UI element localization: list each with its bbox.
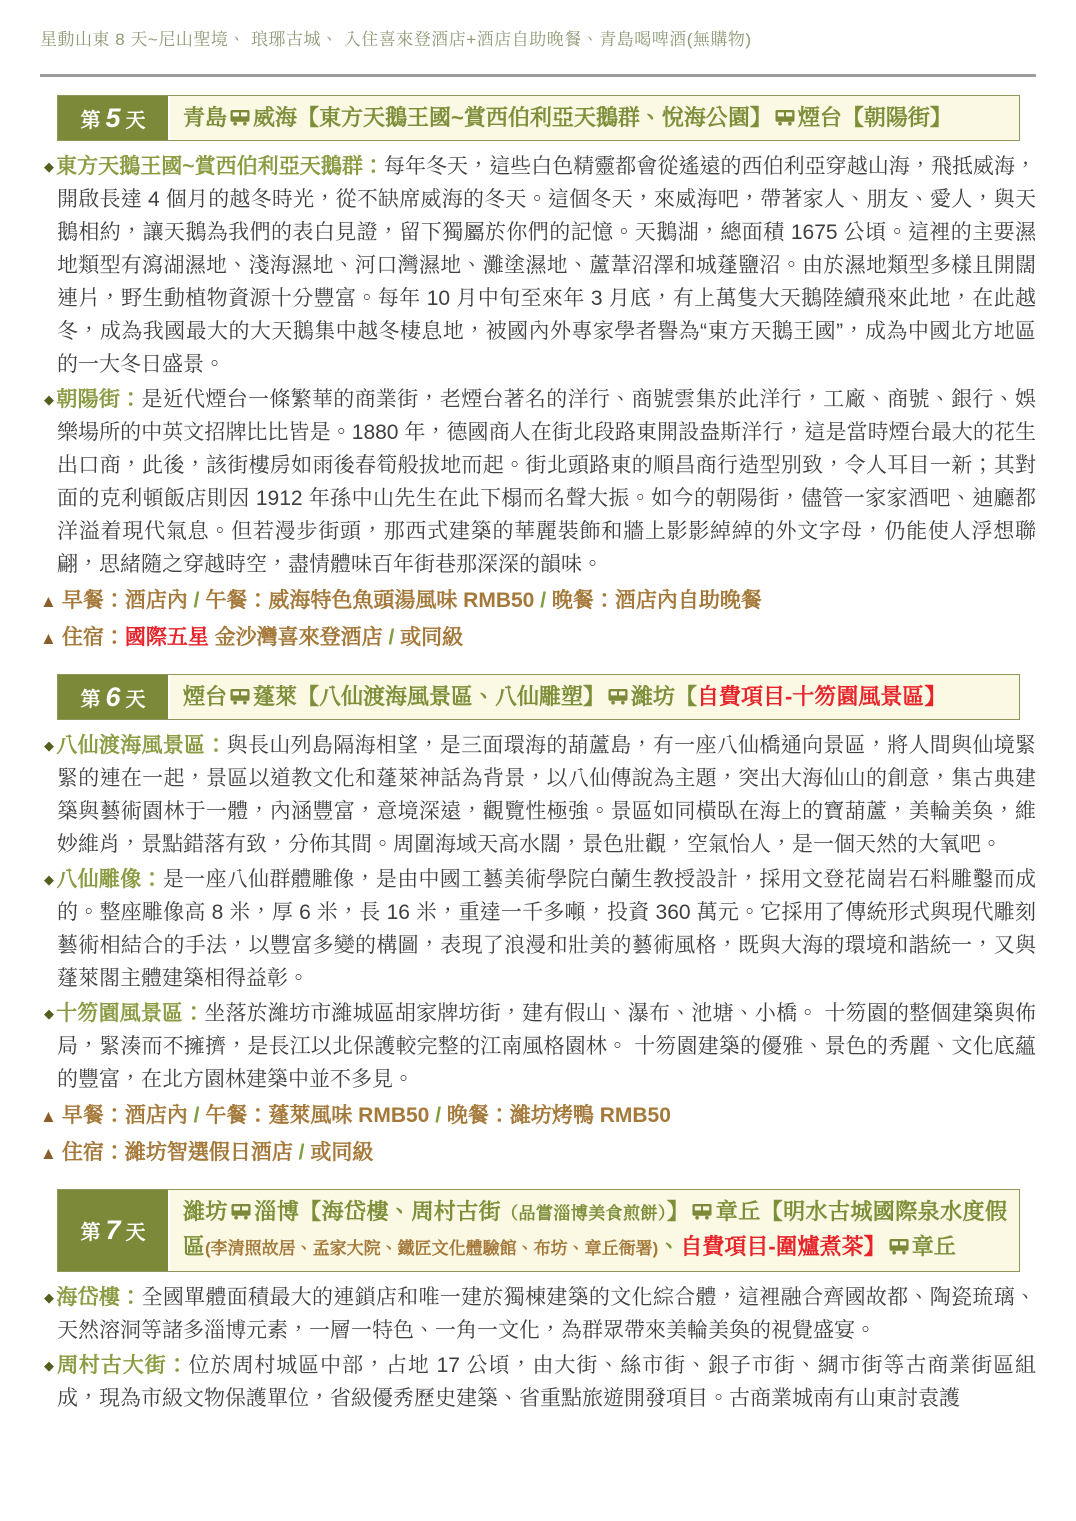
day-label-suffix: 天 [126, 1216, 146, 1245]
day-header: 第 6 天 煙台蓬萊【八仙渡海風景區、八仙雕塑】濰坊【自費項目-十笏園風景區】 [57, 674, 1020, 720]
diamond-bullet-icon: ◆ [44, 872, 54, 887]
diamond-bullet-icon: ◆ [44, 1358, 55, 1373]
text-segment: 或同級 [305, 1141, 374, 1164]
poi-paragraph: ◆東方天鵝王國~賞西伯利亞天鵝群：每年冬天，這些白色精靈都會從遙遠的西伯利亞穿越… [40, 150, 1036, 381]
text-segment: 或同級 [394, 626, 463, 649]
day-section: 第 7 天 濰坊淄博【海岱樓、周村古街（品嘗淄博美食煎餅）】章丘【明水古城國際泉… [40, 1189, 1036, 1415]
stay-line: ▲住宿：國際五星 金沙灣喜來登酒店 / 或同級 [40, 620, 1036, 656]
text-segment: 住宿： [62, 626, 125, 649]
diamond-bullet-icon: ◆ [44, 159, 54, 174]
day-section: 第 6 天 煙台蓬萊【八仙渡海風景區、八仙雕塑】濰坊【自費項目-十笏園風景區】 … [40, 674, 1036, 1171]
day-title: 煙台蓬萊【八仙渡海風景區、八仙雕塑】濰坊【自費項目-十笏園風景區】 [170, 675, 1019, 719]
tour-title: 星動山東 8 天~尼山聖境、 琅琊古城、 入住喜來登酒店+酒店自助晚餐、青島喝啤… [40, 28, 1036, 52]
day-content: ◆海岱樓：全國單體面積最大的連鎖店和唯一建於獨棟建築的文化綜合體，這裡融合齊國故… [40, 1281, 1036, 1415]
day-number: 5 [105, 103, 120, 134]
text-segment: 早餐：酒店內 [62, 589, 194, 612]
text-segment: 】 [667, 1199, 689, 1224]
poi-description: 是一座八仙群體雕像，是由中國工藝美術學院白蘭生教授設計，採用文登花崗岩石料雕鑿而… [57, 868, 1036, 990]
poi-paragraph: ◆朝陽街：是近代煙台一條繁華的商業街，老煙台著名的洋行、商號雲集於此洋行，工廠、… [40, 383, 1036, 581]
triangle-bullet-icon: ▲ [40, 1107, 57, 1126]
info-text: 早餐：酒店內 / 午餐：威海特色魚頭湯風味 RMB50 / 晚餐：酒店內自助晚餐 [62, 589, 762, 612]
text-segment: 住宿：濰坊智選假日酒店 [62, 1141, 299, 1164]
text-segment: 濰坊 [183, 1199, 228, 1224]
meal-line: ▲早餐：酒店內 / 午餐：蓬萊風味 RMB50 / 晚餐：濰坊烤鴨 RMB50 [40, 1098, 1036, 1134]
text-segment: 、 [658, 1234, 680, 1259]
poi-description: 每年冬天，這些白色精靈都會從遙遠的西伯利亞穿越山海，飛抵威海，開啟長達 4 個月… [57, 155, 1036, 376]
day-header: 第 7 天 濰坊淄博【海岱樓、周村古街（品嘗淄博美食煎餅）】章丘【明水古城國際泉… [57, 1189, 1020, 1272]
day-content: ◆八仙渡海風景區：與長山列島隔海相望，是三面環海的葫蘆島，有一座八仙橋通向景區，… [40, 729, 1036, 1171]
poi-description: 坐落於濰坊市濰城區胡家牌坊街，建有假山、瀑布、池塘、小橋。 十笏園的整個建築與佈… [57, 1002, 1036, 1091]
diamond-bullet-icon: ◆ [44, 392, 54, 407]
text-segment: 國際五星 [125, 626, 209, 649]
info-text: 住宿：濰坊智選假日酒店 / 或同級 [62, 1141, 374, 1164]
poi-description: 位於周村城區中部，占地 17 公頃，由大街、絲市街、銀子市街、綢市街等古商業街區… [57, 1354, 1036, 1410]
diamond-bullet-icon: ◆ [44, 1006, 54, 1021]
day-label-prefix: 第 [80, 104, 100, 133]
text-segment: 威海【東方天鵝王國~賞西伯利亞天鵝群、悅海公園】 [253, 105, 772, 130]
poi-name: 朝陽街： [56, 388, 141, 411]
poi-description: 是近代煙台一條繁華的商業街，老煙台著名的洋行、商號雲集於此洋行，工廠、商號、銀行… [57, 388, 1036, 576]
poi-paragraph: ◆海岱樓：全國單體面積最大的連鎖店和唯一建於獨棟建築的文化綜合體，這裡融合齊國故… [40, 1281, 1036, 1347]
day-content: ◆東方天鵝王國~賞西伯利亞天鵝群：每年冬天，這些白色精靈都會從遙遠的西伯利亞穿越… [40, 150, 1036, 656]
text-segment: 青島 [183, 105, 227, 130]
day-label: 第 5 天 [58, 96, 170, 140]
text-segment: (李清照故居、孟家大院、鐵匠文化體驗館、布坊、章丘衙署) [205, 1239, 658, 1258]
day-label-suffix: 天 [126, 683, 146, 712]
itinerary-page: 星動山東 8 天~尼山聖境、 琅琊古城、 入住喜來登酒店+酒店自助晚餐、青島喝啤… [0, 0, 1076, 1521]
day-number: 6 [105, 682, 120, 713]
diamond-bullet-icon: ◆ [44, 1290, 54, 1305]
poi-name: 東方天鵝王國~賞西伯利亞天鵝群： [56, 155, 384, 178]
text-segment: 晚餐：酒店內自助晚餐 [546, 589, 762, 612]
poi-paragraph: ◆八仙渡海風景區：與長山列島隔海相望，是三面環海的葫蘆島，有一座八仙橋通向景區，… [40, 729, 1036, 861]
day-label-suffix: 天 [126, 104, 146, 133]
text-segment: 自費項目-圍爐煮茶】 [680, 1234, 885, 1259]
bus-icon [608, 681, 628, 714]
triangle-bullet-icon: ▲ [40, 629, 57, 648]
day-label: 第 7 天 [58, 1190, 170, 1271]
poi-name: 八仙雕像： [56, 868, 163, 891]
day-label-prefix: 第 [80, 1216, 100, 1245]
bus-icon [230, 102, 250, 135]
text-segment: 蓬萊【八仙渡海風景區、八仙雕塑】 [253, 684, 605, 709]
text-segment: 煙台【朝陽街】 [798, 105, 952, 130]
header-divider [40, 74, 1036, 77]
text-segment: 自費項目-十笏園風景區】 [697, 684, 946, 709]
text-segment: （品嘗淄博美食煎餅） [501, 1204, 667, 1223]
day-label: 第 6 天 [58, 675, 170, 719]
bus-icon [230, 681, 250, 714]
text-segment: 晚餐：濰坊烤鴨 RMB50 [441, 1104, 671, 1127]
poi-name: 海岱樓： [56, 1286, 141, 1309]
meal-line: ▲早餐：酒店內 / 午餐：威海特色魚頭湯風味 RMB50 / 晚餐：酒店內自助晚… [40, 583, 1036, 619]
day-sections: 第 5 天 青島威海【東方天鵝王國~賞西伯利亞天鵝群、悅海公園】煙台【朝陽街】 … [40, 95, 1036, 1415]
day-title: 青島威海【東方天鵝王國~賞西伯利亞天鵝群、悅海公園】煙台【朝陽街】 [170, 96, 1019, 140]
poi-name: 八仙渡海風景區： [56, 734, 226, 757]
info-text: 住宿：國際五星 金沙灣喜來登酒店 / 或同級 [62, 626, 463, 649]
stay-line: ▲住宿：濰坊智選假日酒店 / 或同級 [40, 1135, 1036, 1171]
poi-name: 周村古大街： [57, 1354, 189, 1377]
triangle-bullet-icon: ▲ [40, 592, 57, 611]
bus-icon [231, 1196, 251, 1229]
text-segment: 淄博【海岱樓、周村古街 [254, 1199, 501, 1224]
bus-icon [775, 102, 795, 135]
text-segment: 煙台 [183, 684, 227, 709]
day-number: 7 [105, 1215, 120, 1246]
poi-description: 全國單體面積最大的連鎖店和唯一建於獨棟建築的文化綜合體，這裡融合齊國故都、陶瓷琉… [57, 1286, 1036, 1342]
bus-icon [692, 1196, 712, 1229]
poi-name: 十笏園風景區： [56, 1002, 204, 1025]
day-label-prefix: 第 [80, 683, 100, 712]
day-section: 第 5 天 青島威海【東方天鵝王國~賞西伯利亞天鵝群、悅海公園】煙台【朝陽街】 … [40, 95, 1036, 656]
text-segment: 午餐：威海特色魚頭湯風味 RMB50 [200, 589, 541, 612]
day-header: 第 5 天 青島威海【東方天鵝王國~賞西伯利亞天鵝群、悅海公園】煙台【朝陽街】 [57, 95, 1020, 141]
triangle-bullet-icon: ▲ [40, 1144, 57, 1163]
text-segment: 早餐：酒店內 [62, 1104, 194, 1127]
info-text: 早餐：酒店內 / 午餐：蓬萊風味 RMB50 / 晚餐：濰坊烤鴨 RMB50 [62, 1104, 671, 1127]
text-segment: 午餐：蓬萊風味 RMB50 [200, 1104, 436, 1127]
bus-icon [889, 1231, 909, 1264]
diamond-bullet-icon: ◆ [44, 738, 54, 753]
text-segment: 章丘 [912, 1234, 956, 1259]
text-segment: 金沙灣喜來登酒店 [209, 626, 389, 649]
poi-paragraph: ◆周村古大街：位於周村城區中部，占地 17 公頃，由大街、絲市街、銀子市街、綢市… [40, 1349, 1036, 1415]
text-segment: 濰坊【 [631, 684, 697, 709]
poi-paragraph: ◆八仙雕像：是一座八仙群體雕像，是由中國工藝美術學院白蘭生教授設計，採用文登花崗… [40, 863, 1036, 995]
poi-paragraph: ◆十笏園風景區：坐落於濰坊市濰城區胡家牌坊街，建有假山、瀑布、池塘、小橋。 十笏… [40, 997, 1036, 1096]
day-title: 濰坊淄博【海岱樓、周村古街（品嘗淄博美食煎餅）】章丘【明水古城國際泉水度假區(李… [170, 1190, 1019, 1271]
